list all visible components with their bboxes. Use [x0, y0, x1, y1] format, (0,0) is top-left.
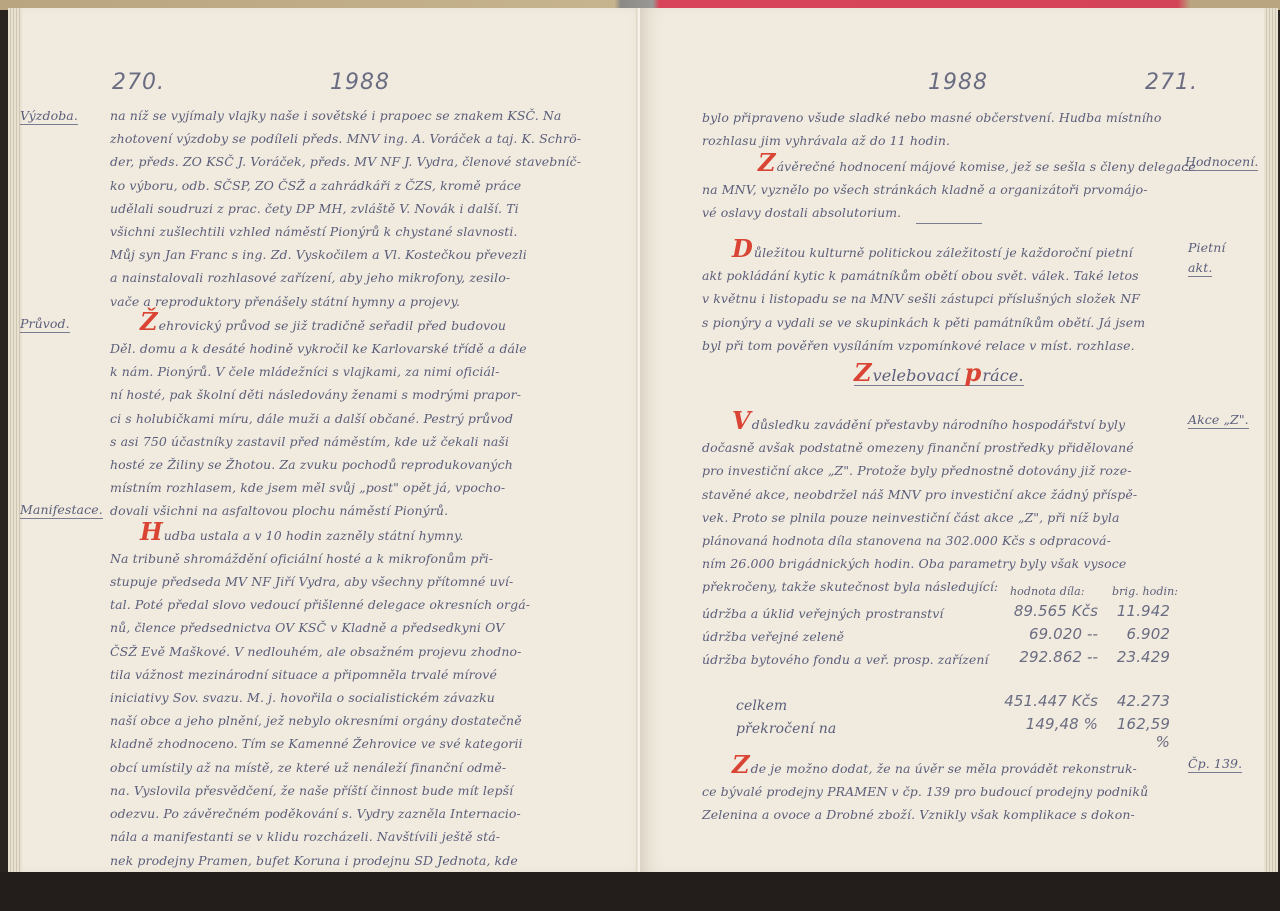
text-line: všichni zušlechtili vzhled náměstí Pioný…: [110, 220, 640, 243]
right-page-para5: Zde je možno dodat, že na úvěr se měla p…: [702, 756, 1182, 827]
page-edges: [8, 8, 22, 872]
text-line: na níž se vyjímaly vlajky naše i sovětsk…: [110, 104, 640, 127]
page-number: 270.: [112, 70, 165, 95]
text-line: ČSŽ Evě Maškové. V nedlouhém, ale obsažn…: [110, 640, 640, 663]
table-total-label: celkem: [736, 698, 787, 714]
section-heading: Zvelebovací práce.: [854, 364, 1024, 386]
right-page-para4: Vdůsledku zavádění přestavby národního h…: [702, 412, 1182, 599]
text-line: zhotovení výzdoby se podíleli předs. MNV…: [110, 127, 640, 150]
table-row-value: 69.020 --: [980, 625, 1098, 643]
margin-note-akt: akt.: [1188, 260, 1212, 277]
margin-note-pruvod: Průvod.: [20, 316, 70, 333]
column-header-value: hodnota díla:: [1010, 585, 1085, 598]
text-line: tal. Poté předal slovo vedoucí přišlenné…: [110, 593, 640, 616]
text-line: na. Vyslovila přesvědčení, že naše příšt…: [110, 779, 640, 802]
dropcap-z: Z: [732, 750, 750, 779]
text-line: bylo připraveno všude sladké nebo masné …: [702, 106, 1182, 129]
text-line: vek. Proto se plnila pouze neinvestiční …: [702, 506, 1182, 529]
table-row-hours: 23.429: [1100, 648, 1170, 666]
text-line: Můj syn Jan Franc s ing. Zd. Vyskočilem …: [110, 243, 640, 266]
margin-note-vyzdoba: Výzdoba.: [20, 108, 78, 125]
text-line: byl při tom pověřen vysíláním vzpomínkov…: [702, 334, 1182, 357]
text-line: překročeny, takže skutečnost byla násled…: [702, 575, 1182, 598]
dropcap-p: p: [964, 358, 981, 387]
text-line: ci s holubičkami míru, dále muži a další…: [110, 407, 640, 430]
text-line: nek prodejny Pramen, bufet Koruna i prod…: [110, 849, 640, 872]
margin-note-hodnoceni: Hodnocení.: [1185, 154, 1258, 171]
margin-note-cp139: Čp. 139.: [1188, 756, 1242, 773]
text-line: v květnu i listopadu se na MNV sešli zás…: [702, 287, 1182, 310]
table-row-hours: 11.942: [1100, 602, 1170, 620]
paragraph-start: Vdůsledku zavádění přestavby národního h…: [702, 412, 1182, 436]
right-page: 1988 271. Hodnocení. Pietní akt. Akce „Z…: [640, 8, 1278, 872]
paragraph-start: Žehrovický průvod se již tradičně seřadi…: [110, 313, 640, 337]
text-line: k nám. Pionýrů. V čele mládežníci s vlaj…: [110, 360, 640, 383]
text-line: obcí umístily až na místě, ze které už n…: [110, 756, 640, 779]
page-number: 271.: [1145, 70, 1198, 95]
paragraph-start: Zde je možno dodat, že na úvěr se měla p…: [702, 756, 1182, 780]
text-line: ní hosté, pak školní děti následovány že…: [110, 383, 640, 406]
margin-note-manifestace: Manifestace.: [20, 502, 103, 519]
table-exceeded-hours: 162,59 %: [1100, 715, 1170, 751]
dropcap-z: Z: [854, 358, 872, 387]
text-line: stupuje předseda MV NF Jiří Vydra, aby v…: [110, 570, 640, 593]
table-exceeded-value: 149,48 %: [980, 715, 1098, 733]
text-line: nála a manifestanti se v klidu rozcházel…: [110, 825, 640, 848]
table-row-label: údržba veřejné zeleně: [702, 629, 844, 644]
right-page-para2: Závěrečné hodnocení májové komise, jež s…: [702, 154, 1182, 225]
paragraph-start: Hudba ustala a v 10 hodin zazněly státní…: [110, 523, 640, 547]
text-line: naší obce a jeho plnění, jež nebylo okre…: [110, 709, 640, 732]
text-line: s asi 750 účastníky zastavil před náměst…: [110, 430, 640, 453]
dropcap-z: Ž: [140, 307, 158, 336]
text-line: udělali soudruzi z prac. čety DP MH, zvl…: [110, 197, 640, 220]
text-line: vače a reproduktory přenášely státní hym…: [110, 290, 640, 313]
left-page: 270. 1988 Výzdoba. Průvod. Manifestace. …: [8, 8, 652, 872]
text-line: kladně zhodnoceno. Tím se Kamenné Žehrov…: [110, 732, 640, 755]
text-line: nů, člence předsednictva OV KSČ v Kladně…: [110, 616, 640, 639]
text-line: Na tribuně shromáždění oficiální hosté a…: [110, 547, 640, 570]
paragraph-start: Závěrečné hodnocení májové komise, jež s…: [702, 154, 1182, 178]
text-line: akt pokládání kytic k památníkům obětí o…: [702, 264, 1182, 287]
table-exceeded-label: překročení na: [736, 721, 836, 737]
text-line: Děl. domu a k desáté hodině vykročil ke …: [110, 337, 640, 360]
background-surface: [0, 872, 1280, 911]
table-row-hours: 6.902: [1100, 625, 1170, 643]
text-line: hosté ze Žiliny se Žhotou. Za zvuku poch…: [110, 453, 640, 476]
table-row-value: 89.565 Kčs: [980, 602, 1098, 620]
text-line: a nainstalovali rozhlasové zařízení, aby…: [110, 266, 640, 289]
text-line: odezvu. Po závěrečném poděkování s. Vydr…: [110, 802, 640, 825]
margin-note-pietni: Pietní: [1188, 240, 1225, 256]
text-line: der, předs. ZO KSČ J. Voráček, předs. MV…: [110, 150, 640, 173]
table-row-label: údržba a úklid veřejných prostranství: [702, 606, 944, 621]
text-line: ko výboru, odb. SČSP, ZO ČSŽ a zahrádkář…: [110, 174, 640, 197]
text-line: Zelenina a ovoce a Drobné zboží. Vznikly…: [702, 803, 1182, 826]
table-total-hours: 42.273: [1100, 692, 1170, 710]
dropcap-h: H: [140, 517, 163, 546]
dropcap-d: D: [732, 234, 753, 263]
text-line: ce bývalé prodejny PRAMEN v čp. 139 pro …: [702, 780, 1182, 803]
text-line: na MNV, vyznělo po všech stránkách kladn…: [702, 178, 1182, 201]
text-line: ním 26.000 brigádnických hodin. Oba para…: [702, 552, 1182, 575]
text-line: místním rozhlasem, kde jsem měl svůj „po…: [110, 476, 640, 499]
text-line: dočasně avšak podstatně omezeny finanční…: [702, 436, 1182, 459]
table-row-label: údržba bytového fondu a veř. prosp. zaří…: [702, 652, 989, 667]
text-line: dovali všichni na asfaltovou plochu námě…: [110, 499, 640, 522]
section-separator: [916, 223, 982, 224]
right-page-para3: Důležitou kulturně politickou záležitost…: [702, 240, 1182, 357]
table-total-value: 451.447 Kčs: [980, 692, 1098, 710]
text-line: tila vážnost mezinárodní situace a připo…: [110, 663, 640, 686]
text-line: pro investiční akce „Z". Protože byly př…: [702, 459, 1182, 482]
text-line: plánovaná hodnota díla stanovena na 302.…: [702, 529, 1182, 552]
paragraph-start: Důležitou kulturně politickou záležitost…: [702, 240, 1182, 264]
left-page-text: na níž se vyjímaly vlajky naše i sovětsk…: [110, 104, 640, 872]
text-line: vé oslavy dostali absolutorium.: [702, 201, 1182, 224]
page-edges: [1264, 8, 1278, 872]
column-header-hours: brig. hodin:: [1112, 585, 1178, 598]
page-year: 1988: [330, 70, 390, 95]
dropcap-v: V: [732, 406, 751, 435]
right-page-para1: bylo připraveno všude sladké nebo masné …: [702, 106, 1182, 152]
page-year: 1988: [928, 70, 988, 95]
table-row-value: 292.862 --: [980, 648, 1098, 666]
text-line: s pionýry a vydali se ve skupinkách k pě…: [702, 311, 1182, 334]
text-line: iniciativy Sov. svazu. M. j. hovořila o …: [110, 686, 640, 709]
text-line: stavěné akce, neobdržel náš MNV pro inve…: [702, 483, 1182, 506]
dropcap-z: Z: [758, 148, 776, 177]
margin-note-akce-z: Akce „Z".: [1188, 412, 1249, 429]
